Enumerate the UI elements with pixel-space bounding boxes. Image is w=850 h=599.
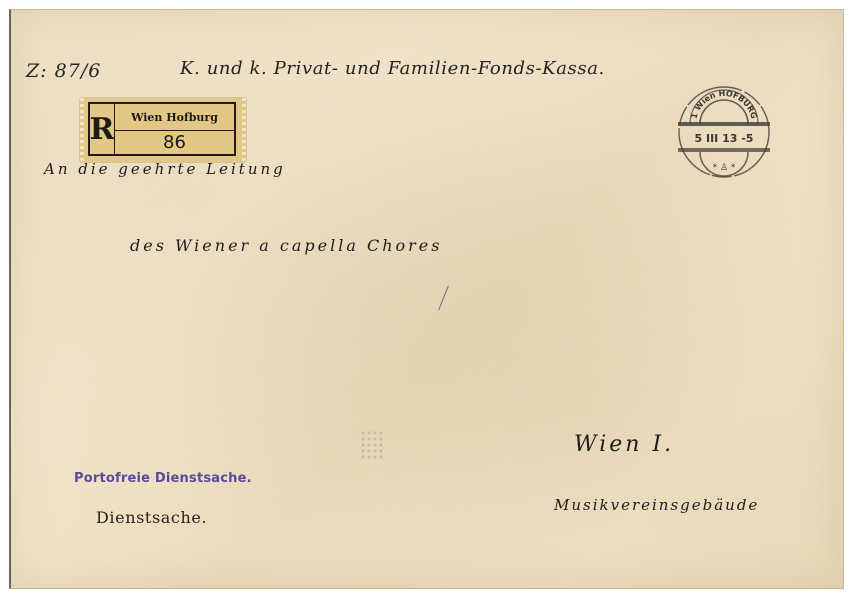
svg-text:* ♙ *: * ♙ *: [713, 163, 736, 173]
address-line-city: Wien I.: [574, 432, 674, 457]
address-line-addressee: An die geehrte Leitung: [44, 160, 286, 178]
registration-office: Wien Hofburg: [115, 104, 234, 131]
address-line-building: Musikvereinsgebäude: [554, 496, 759, 514]
postmark-icon: 1 Wien HOFBURG 5 III 13 -5 * ♙ *: [674, 82, 774, 182]
registration-number: 86: [115, 131, 234, 154]
official-service-stamp: Portofreie Dienstsache.: [74, 471, 252, 486]
sender-line: K. und k. Privat- und Familien-Fonds-Kas…: [180, 58, 605, 79]
registration-label: R Wien Hofburg 86: [80, 98, 246, 162]
reference-number: Z: 87/6: [26, 60, 101, 82]
ink-smudge: [360, 430, 384, 460]
svg-text:5 III 13 -5: 5 III 13 -5: [695, 132, 754, 145]
address-line-organization: des Wiener a capella Chores: [130, 236, 442, 255]
registration-details: Wien Hofburg 86: [115, 104, 234, 154]
registration-frame: R Wien Hofburg 86: [88, 102, 236, 156]
service-label: Dienstsache.: [96, 508, 207, 527]
registration-letter: R: [90, 104, 115, 154]
